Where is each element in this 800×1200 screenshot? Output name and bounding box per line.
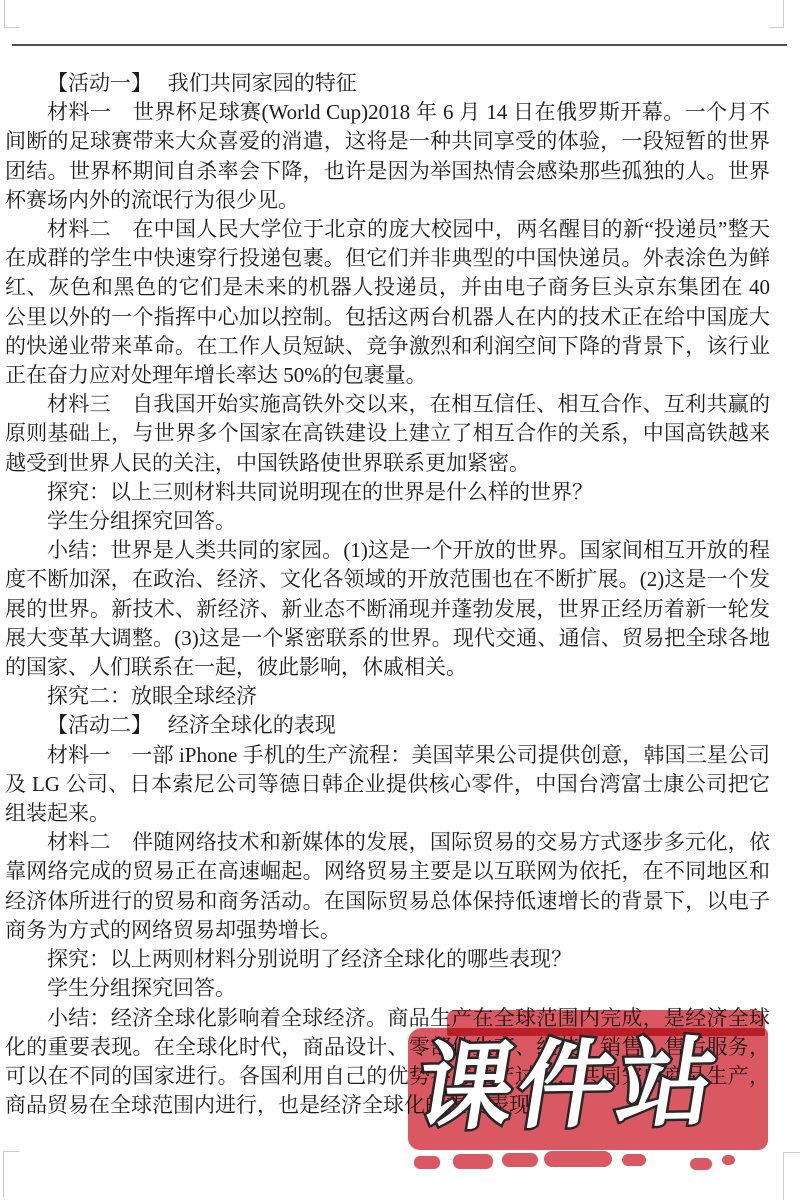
stamp-brush-stroke xyxy=(453,1154,493,1169)
text-boundary-mark-top-left xyxy=(4,27,19,28)
material-1-world-cup: 材料一 世界杯足球赛(World Cup)2018 年 6 月 14 日在俄罗斯… xyxy=(5,98,770,215)
student-discussion-1: 学生分组探究回答。 xyxy=(5,507,770,536)
text-boundary-mark-top-left xyxy=(4,0,5,27)
document-body: 【活动一】 我们共同家园的特征 材料一 世界杯足球赛(World Cup)201… xyxy=(5,69,770,1120)
inquiry-1-question: 探究：以上三则材料共同说明现在的世界是什么样的世界？ xyxy=(5,478,770,507)
stamp-brush-stroke xyxy=(544,1151,612,1167)
stamp-brush-stroke xyxy=(414,1156,440,1169)
inquiry-2-question: 探究：以上两则材料分别说明了经济全球化的哪些表现？ xyxy=(5,945,770,974)
header-rule xyxy=(12,44,787,46)
text-boundary-mark-bottom-left xyxy=(3,1151,4,1197)
inquiry-2-heading: 探究二：放眼全球经济 xyxy=(5,682,770,711)
text-boundary-mark-top-right xyxy=(783,0,784,27)
document-page: 【活动一】 我们共同家园的特征 材料一 世界杯足球赛(World Cup)201… xyxy=(0,0,800,1200)
text-boundary-mark-bottom-right xyxy=(783,1152,800,1153)
text-boundary-mark-top-right xyxy=(769,27,784,28)
kejianzhan-watermark-stamp-text: 课件站 xyxy=(409,1031,788,1147)
heading-activity-1: 【活动一】 我们共同家园的特征 xyxy=(5,69,770,98)
summary-1: 小结：世界是人类共同的家园。(1)这是一个开放的世界。国家间相互开放的程度不断加… xyxy=(5,536,770,682)
stamp-brush-stroke xyxy=(690,1158,712,1170)
material-2-robot-couriers: 材料二 在中国人民大学位于北京的庞大校园中，两名醒目的新“投递员”整天在成群的学… xyxy=(5,215,770,390)
text-boundary-mark-bottom-left xyxy=(3,1151,19,1152)
material-2-network-trade: 材料二 伴随网络技术和新媒体的发展，国际贸易的交易方式逐步多元化，依靠网络完成的… xyxy=(5,828,770,945)
stamp-brush-stroke xyxy=(722,1155,735,1165)
stamp-brush-stroke xyxy=(502,1153,538,1167)
stamp-brush-stroke xyxy=(622,1154,646,1166)
heading-activity-2: 【活动二】 经济全球化的表现 xyxy=(5,711,770,740)
material-3-high-speed-rail: 材料三 自我国开始实施高铁外交以来，在相互信任、相互合作、互利共赢的原则基础上，… xyxy=(5,390,770,478)
text-boundary-mark-bottom-right xyxy=(783,1152,784,1200)
student-discussion-2: 学生分组探究回答。 xyxy=(5,974,770,1003)
material-1-iphone: 材料一 一部 iPhone 手机的生产流程：美国苹果公司提供创意，韩国三星公司及… xyxy=(5,741,770,829)
